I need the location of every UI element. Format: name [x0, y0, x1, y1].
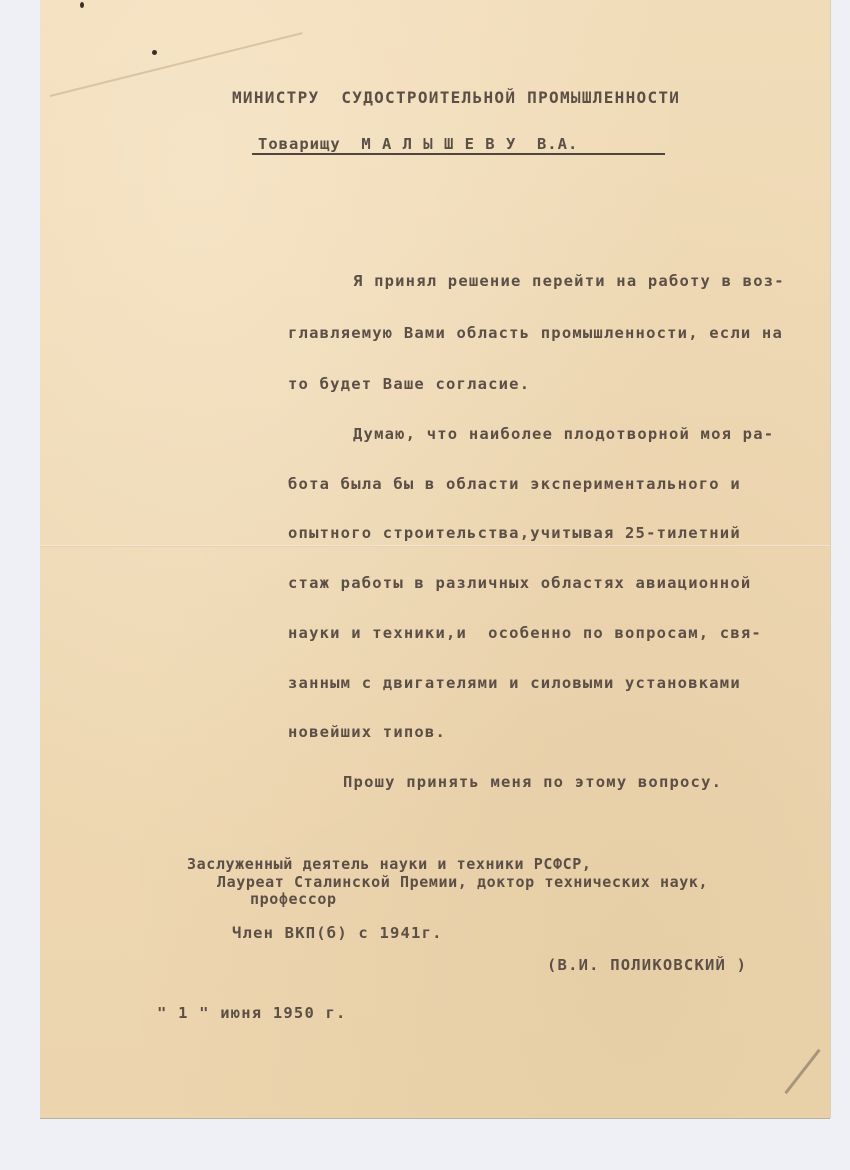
body-line: то будет Ваше согласие.: [288, 375, 530, 393]
recipient-name: Товарищу М А Л Ы Ш Е В У В.А.: [258, 135, 578, 153]
body-line: главляемую Вами область промышленности, …: [288, 324, 783, 342]
ink-spot: [80, 2, 84, 8]
body-line: науки и техники,и особенно по вопросам, …: [288, 624, 762, 642]
body-line: стаж работы в различных областях авиацио…: [288, 574, 751, 592]
body-line: новейших типов.: [288, 723, 446, 741]
body-line: опытного строительства,учитывая 25-тилет…: [288, 524, 741, 542]
pencil-mark: [784, 1049, 820, 1094]
recipient-underline: [252, 153, 665, 155]
ink-spot: [152, 50, 157, 55]
letter-date: " 1 " июня 1950 г.: [157, 1004, 347, 1022]
body-line: Думаю, что наиболее плодотворной моя ра-: [353, 425, 774, 443]
party-membership: Член ВКП(б) с 1941г.: [232, 924, 443, 942]
paper-fold-line: [40, 545, 830, 547]
body-line: занным с двигателями и силовыми установк…: [288, 674, 741, 692]
body-line: бота была бы в области экспериментальног…: [288, 475, 741, 493]
credential-line: Заслуженный деятель науки и техники РСФС…: [187, 855, 592, 873]
credential-line: профессор: [250, 890, 337, 908]
signatory-name: (В.И. ПОЛИКОВСКИЙ ): [547, 956, 747, 974]
letter-page: [40, 0, 830, 1118]
body-closing-line: Прошу принять меня по этому вопросу.: [343, 773, 722, 791]
recipient-title: МИНИСТРУ СУДОСТРОИТЕЛЬНОЙ ПРОМЫШЛЕННОСТИ: [232, 88, 680, 107]
body-line: Я принял решение перейти на работу в воз…: [353, 272, 785, 290]
credential-line: Лауреат Сталинской Премии, доктор технич…: [217, 873, 708, 891]
